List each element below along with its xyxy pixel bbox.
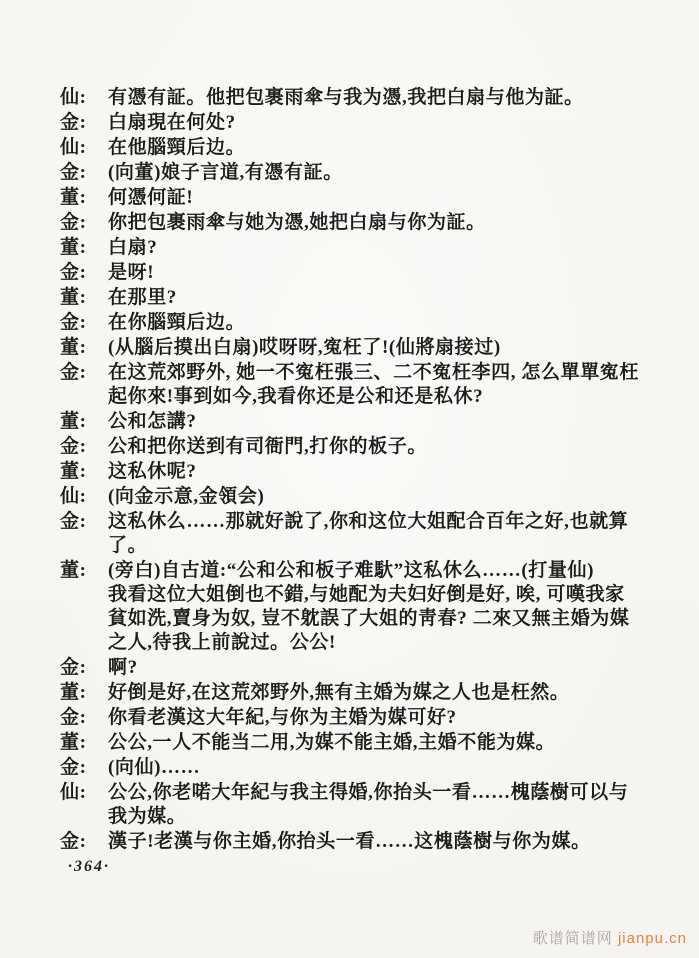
dialogue-entry: 金: 你把包裹雨傘与她为憑,她把白扇与你为証。	[60, 211, 669, 235]
speech-text: 公公,你老喏大年紀与我主得婚,你抬头一看……槐蔭樹可以与我为媒。	[108, 781, 669, 829]
speaker-label: 金:	[60, 830, 108, 854]
dialogue-entry: 金: 在这荒郊野外, 她一不寃枉張三、二不寃枉李四, 怎么單單寃枉起你來!事到如…	[60, 361, 669, 409]
speech-text: 漢子!老漢与你主婚,你抬头一看……这槐蔭樹与你为媒。	[108, 830, 669, 854]
dialogue-entry: 金: (向董)娘子言道,有憑有証。	[60, 161, 669, 185]
speech-line: 白扇現在何处?	[108, 111, 669, 135]
speech-line: (旁白)自古道:“公和公和板子难馱”这私休么……(打量仙)	[108, 559, 669, 583]
speaker-label: 金:	[60, 756, 108, 780]
watermark-site-url: jianpu.cn	[618, 930, 687, 947]
speech-text: (向董)娘子言道,有憑有証。	[108, 161, 669, 185]
speech-text: 啊?	[108, 656, 669, 680]
dialogue-entry: 仙: 在他腦頸后边。	[60, 136, 669, 160]
speech-line: 白扇?	[108, 236, 669, 260]
watermark-site-name: 歌谱简谱网	[533, 930, 613, 947]
dialogue-entry: 董: 在那里?	[60, 286, 669, 310]
speaker-label: 金:	[60, 261, 108, 285]
speech-line: 在这荒郊野外, 她一不寃枉張三、二不寃枉李四, 怎么單單寃枉	[108, 361, 669, 385]
speech-line: 公公,你老喏大年紀与我主得婚,你抬头一看……槐蔭樹可以与	[108, 781, 669, 805]
speech-text: 在那里?	[108, 286, 669, 310]
speaker-label: 金:	[60, 435, 108, 459]
speaker-label: 金:	[60, 161, 108, 185]
speech-line: 你看老漢这大年紀,与你为主婚为媒可好?	[108, 706, 669, 730]
speech-line: (从腦后摸出白扇)哎呀呀,寃枉了!(仙將扇接过)	[108, 336, 669, 360]
dialogue-entry: 金: 是呀!	[60, 261, 669, 285]
speaker-label: 董:	[60, 460, 108, 484]
speech-text: 这私休呢?	[108, 460, 669, 484]
speaker-label: 金:	[60, 656, 108, 680]
speech-line: 我为媒。	[108, 805, 669, 829]
speech-text: 在这荒郊野外, 她一不寃枉張三、二不寃枉李四, 怎么單單寃枉起你來!事到如今,我…	[108, 361, 669, 409]
speaker-label: 董:	[60, 236, 108, 260]
speaker-label: 董:	[60, 186, 108, 210]
speech-line: 公和把你送到有司衙門,打你的板子。	[108, 435, 669, 459]
speech-text: 何憑何証!	[108, 186, 669, 210]
speech-line: 貧如洗,賣身为奴, 豈不躭誤了大姐的靑春? 二來又無主婚为媒	[108, 607, 669, 631]
speech-text: 你把包裹雨傘与她为憑,她把白扇与你为証。	[108, 211, 669, 235]
speaker-label: 金:	[60, 706, 108, 730]
speech-line: 之人,待我上前說过。公公!	[108, 631, 669, 655]
speaker-label: 金:	[60, 311, 108, 335]
speaker-label: 董:	[60, 559, 108, 583]
dialogue-entry: 董: (从腦后摸出白扇)哎呀呀,寃枉了!(仙將扇接过)	[60, 336, 669, 360]
dialogue-entry: 金: 在你腦頸后边。	[60, 311, 669, 335]
speaker-label: 董:	[60, 731, 108, 755]
dialogue-list: 仙: 有憑有証。他把包裹雨傘与我为憑,我把白扇与他为証。 金: 白扇現在何处? …	[60, 86, 669, 854]
dialogue-entry: 董: 白扇?	[60, 236, 669, 260]
dialogue-entry: 仙: 公公,你老喏大年紀与我主得婚,你抬头一看……槐蔭樹可以与我为媒。	[60, 781, 669, 829]
watermark: 歌谱简谱网 jianpu.cn	[533, 927, 687, 948]
dialogue-entry: 仙: (向金示意,金領会)	[60, 485, 669, 509]
dialogue-entry: 金: 漢子!老漢与你主婚,你抬头一看……这槐蔭樹与你为媒。	[60, 830, 669, 854]
speech-text: (旁白)自古道:“公和公和板子难馱”这私休么……(打量仙)我看这位大姐倒也不錯,…	[108, 559, 669, 655]
speaker-label: 金:	[60, 111, 108, 135]
dialogue-entry: 金: 白扇現在何处?	[60, 111, 669, 135]
dialogue-entry: 金: 你看老漢这大年紀,与你为主婚为媒可好?	[60, 706, 669, 730]
speech-text: (向金示意,金領会)	[108, 485, 669, 509]
speech-text: 有憑有証。他把包裹雨傘与我为憑,我把白扇与他为証。	[108, 86, 669, 110]
dialogue-entry: 董: 何憑何証!	[60, 186, 669, 210]
speaker-label: 董:	[60, 681, 108, 705]
dialogue-entry: 董: (旁白)自古道:“公和公和板子难馱”这私休么……(打量仙)我看这位大姐倒也…	[60, 559, 669, 655]
speech-line: 你把包裹雨傘与她为憑,她把白扇与你为証。	[108, 211, 669, 235]
speech-line: 有憑有証。他把包裹雨傘与我为憑,我把白扇与他为証。	[108, 86, 669, 110]
speech-line: 啊?	[108, 656, 669, 680]
speaker-label: 董:	[60, 336, 108, 360]
speech-line: 这私休么……那就好說了,你和这位大姐配合百年之好,也就算	[108, 510, 669, 534]
speech-line: 在他腦頸后边。	[108, 136, 669, 160]
speech-text: 公公,一人不能当二用,为媒不能主婚,主婚不能为媒。	[108, 731, 669, 755]
speech-text: (从腦后摸出白扇)哎呀呀,寃枉了!(仙將扇接过)	[108, 336, 669, 360]
script-page: 仙: 有憑有証。他把包裹雨傘与我为憑,我把白扇与他为証。 金: 白扇現在何处? …	[60, 86, 669, 855]
speech-line: 在你腦頸后边。	[108, 311, 669, 335]
speech-text: 在你腦頸后边。	[108, 311, 669, 335]
speech-text: 你看老漢这大年紀,与你为主婚为媒可好?	[108, 706, 669, 730]
speech-text: 这私休么……那就好說了,你和这位大姐配合百年之好,也就算了。	[108, 510, 669, 558]
speech-line: 是呀!	[108, 261, 669, 285]
speech-line: 起你來!事到如今,我看你还是公和还是私休?	[108, 385, 669, 409]
page-number: ·364·	[68, 858, 110, 876]
speaker-label: 仙:	[60, 485, 108, 509]
speaker-label: 金:	[60, 510, 108, 534]
speech-text: (向仙)……	[108, 756, 669, 780]
speech-text: 好倒是好,在这荒郊野外,無有主婚为媒之人也是枉然。	[108, 681, 669, 705]
dialogue-entry: 金: (向仙)……	[60, 756, 669, 780]
dialogue-entry: 仙: 有憑有証。他把包裹雨傘与我为憑,我把白扇与他为証。	[60, 86, 669, 110]
speaker-label: 仙:	[60, 86, 108, 110]
speech-text: 白扇?	[108, 236, 669, 260]
dialogue-entry: 金: 这私休么……那就好說了,你和这位大姐配合百年之好,也就算了。	[60, 510, 669, 558]
speaker-label: 董:	[60, 286, 108, 310]
speech-text: 白扇現在何处?	[108, 111, 669, 135]
speech-line: (向仙)……	[108, 756, 669, 780]
speech-line: 公公,一人不能当二用,为媒不能主婚,主婚不能为媒。	[108, 731, 669, 755]
speech-text: 公和把你送到有司衙門,打你的板子。	[108, 435, 669, 459]
dialogue-entry: 金: 公和把你送到有司衙門,打你的板子。	[60, 435, 669, 459]
speech-line: 在那里?	[108, 286, 669, 310]
speech-text: 是呀!	[108, 261, 669, 285]
speech-line: 我看这位大姐倒也不錯,与她配为夫妇好倒是好, 唉, 可嘆我家	[108, 583, 669, 607]
speech-line: (向金示意,金領会)	[108, 485, 669, 509]
speech-text: 在他腦頸后边。	[108, 136, 669, 160]
dialogue-entry: 董: 这私休呢?	[60, 460, 669, 484]
speaker-label: 金:	[60, 361, 108, 385]
speech-text: 公和怎講?	[108, 410, 669, 434]
speech-line: 好倒是好,在这荒郊野外,無有主婚为媒之人也是枉然。	[108, 681, 669, 705]
dialogue-entry: 董: 好倒是好,在这荒郊野外,無有主婚为媒之人也是枉然。	[60, 681, 669, 705]
dialogue-entry: 董: 公公,一人不能当二用,为媒不能主婚,主婚不能为媒。	[60, 731, 669, 755]
speech-line: 何憑何証!	[108, 186, 669, 210]
speaker-label: 董:	[60, 410, 108, 434]
speech-line: 了。	[108, 534, 669, 558]
speaker-label: 仙:	[60, 781, 108, 805]
speech-line: 这私休呢?	[108, 460, 669, 484]
dialogue-entry: 金: 啊?	[60, 656, 669, 680]
dialogue-entry: 董: 公和怎講?	[60, 410, 669, 434]
speech-line: 公和怎講?	[108, 410, 669, 434]
speech-line: (向董)娘子言道,有憑有証。	[108, 161, 669, 185]
speaker-label: 仙:	[60, 136, 108, 160]
speaker-label: 金:	[60, 211, 108, 235]
speech-line: 漢子!老漢与你主婚,你抬头一看……这槐蔭樹与你为媒。	[108, 830, 669, 854]
